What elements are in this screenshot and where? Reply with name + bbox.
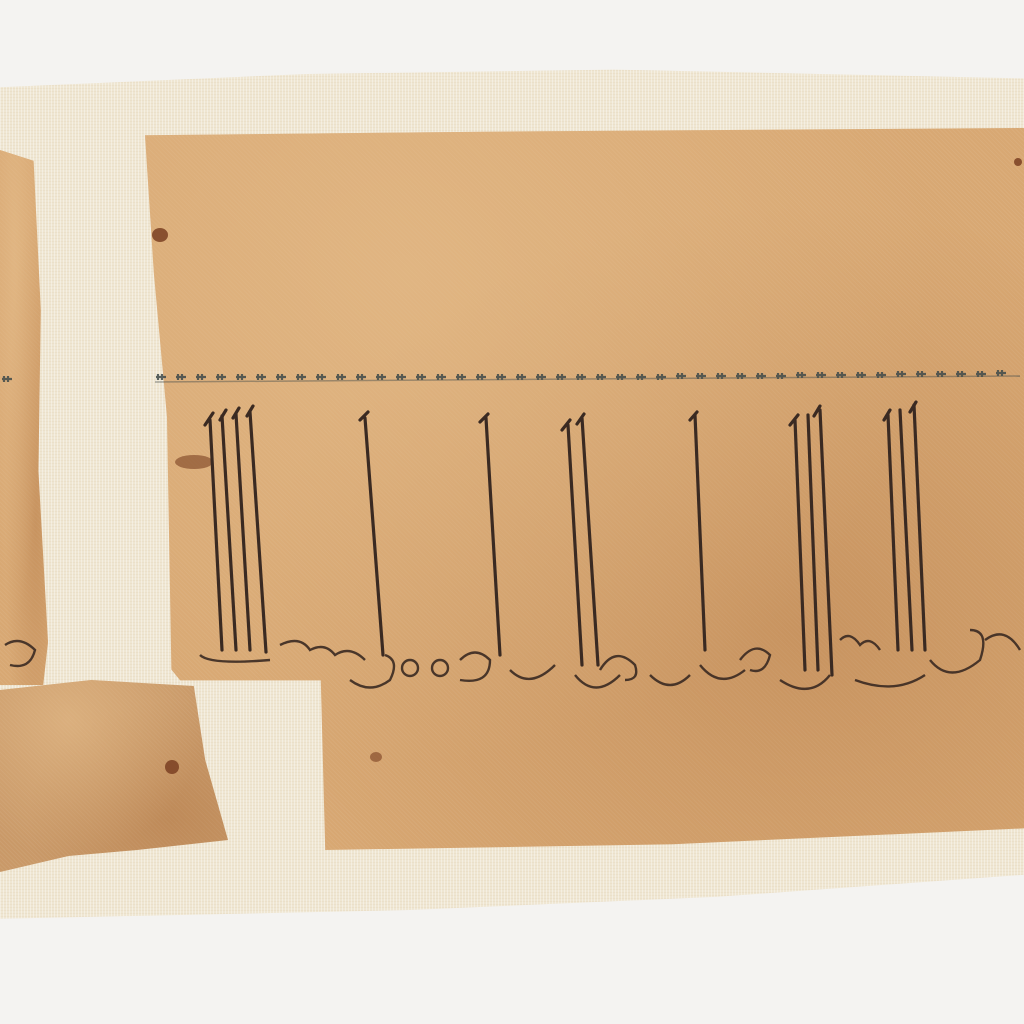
stain bbox=[165, 760, 179, 774]
textile-photo: Textile fragment with Kufic inscription bbox=[0, 0, 1024, 1024]
stain bbox=[175, 455, 213, 469]
stain bbox=[1014, 158, 1022, 166]
stain bbox=[152, 228, 168, 242]
stain bbox=[370, 752, 382, 762]
